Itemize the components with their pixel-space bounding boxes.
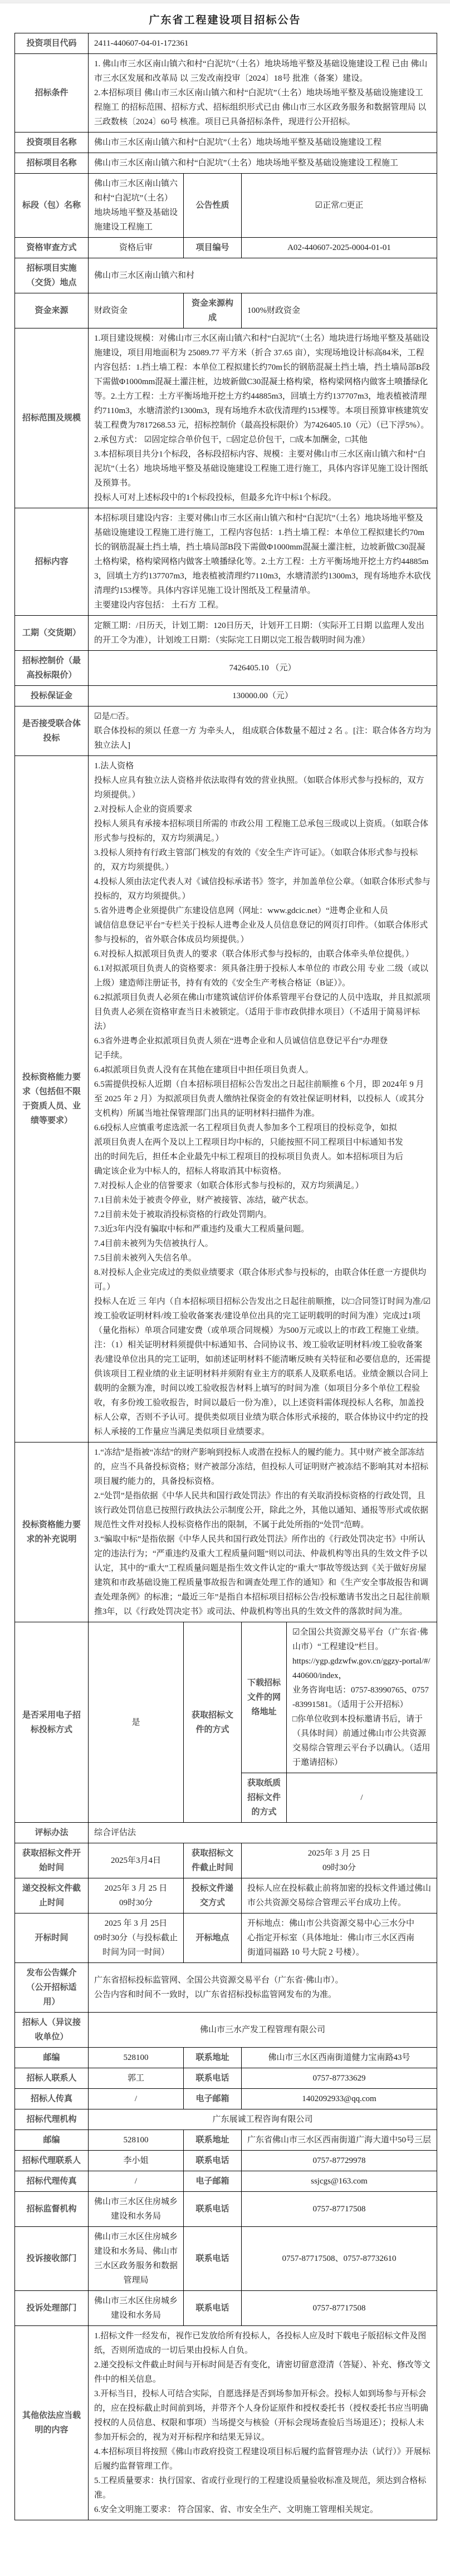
qualification-req-label: 投标资格能力要求（包括但不限于资质人员、业绩等要求） (15, 756, 89, 1442)
table-row-tenderer-post: 邮编 528100 联系地址 佛山市三水区西南街道健力宝南路43号 (15, 2048, 437, 2068)
qualification-req-value: 1.法人资格 投标人应具有独立法人资格并依法取得有效的营业执照。（如联合体形式参… (89, 756, 437, 1442)
table-row-control-price: 招标控制价（最高投标限价） 7426405.10 （元） (15, 651, 437, 686)
table-row-content: 招标内容 本招标项目建设内容：主要对佛山市三水区南山镇六和村“白泥坑”（土名）地… (15, 508, 437, 616)
duration-value: 定额工期：/日历天，计划工期：120日历天，计划开工日期：（实际开工日期 以监理… (89, 616, 437, 651)
agency-email-value: ssjcgs@163.com (242, 2171, 437, 2192)
table-row-investment-name: 投资项目名称 佛山市三水区南山镇六和村“白泥坑”（土名）地块场地平整及基础设施建… (15, 133, 437, 153)
agency-postcode-value: 528100 (89, 2130, 184, 2151)
tender-name-label: 招标项目名称 (15, 153, 89, 174)
qualification-notes-label: 投标资格能力要求的补充说明 (15, 1442, 89, 1622)
qualification-mode-value: 资格后审 (89, 238, 184, 258)
table-row-submission: 递交投标文件截止时间 2025年 3 月 25 日 09时30分 投标文件递交方… (15, 1878, 437, 1913)
table-row-complaint-receive: 投诉接收部门 佛山市三水区住房城乡建设和水务局、佛山市三水区政务服务和数据管理局… (15, 2227, 437, 2291)
complaint-handle-phone-label: 联系电话 (184, 2291, 242, 2326)
consortium-value: ☑是/□否。 联合体投标的须以 任意一方 为牵头人， 组成联合体数量不超过 2 … (89, 706, 437, 756)
doc-obtain-start-value: 2025年3月4日 (89, 1843, 184, 1878)
table-row-doc-obtain: 获取招标文件开始时间 2025年3月4日 获取招标文件截止时间 2025年 3 … (15, 1843, 437, 1878)
tenderer-address-label: 联系地址 (184, 2048, 242, 2068)
page-title: 广东省工程建设项目招标公告 (0, 12, 450, 27)
table-row-duration: 工期（交货期） 定额工期：/日历天，计划工期：120日历天，计划开工日期：（实际… (15, 616, 437, 651)
complaint-handle-label: 投诉处理部门 (15, 2291, 89, 2326)
table-row-agency-fax: 招标代理传真 / 电子邮箱 ssjcgs@163.com (15, 2171, 437, 2192)
complaint-receive-phone-label: 联系电话 (184, 2227, 242, 2291)
bid-conditions-label: 招标条件 (15, 54, 89, 133)
tenderer-value: 佛山市三水产发工程管理有限公司 (89, 2013, 437, 2048)
tenderer-postcode-label: 邮编 (15, 2048, 89, 2068)
table-row-qualification-req: 投标资格能力要求（包括但不限于资质人员、业绩等要求） 1.法人资格 投标人应具有… (15, 756, 437, 1442)
download-address-value: ☑全国公共资源交易平台（广东省·佛山市）“工程建设”栏目。 https://yg… (287, 1622, 437, 1773)
bid-conditions-value: 1. 佛山市三水区南山镇六和村“白泥坑”（土名）地块场地平整及基础设施建设工程 … (89, 54, 437, 133)
opening-place-label: 开标地点 (184, 1913, 242, 1963)
funding-composition-label: 资金来源构成 (184, 293, 242, 328)
agency-phone-label: 联系电话 (184, 2151, 242, 2171)
agency-contact-value: 李小姐 (89, 2151, 184, 2171)
opening-time-label: 开标时间 (15, 1913, 89, 1963)
media-label: 发布公告媒介（公开招标适用） (15, 1963, 89, 2013)
submission-method-value: 投标人应在投标截止前将加密的投标文件通过佛山市公共资源交易综合管理云平台成功上传… (242, 1878, 437, 1913)
table-row-funding: 资金来源 财政资金 资金来源构成 100%财政资金 (15, 293, 437, 328)
paper-doc-value: / (287, 1773, 437, 1823)
table-row-media: 发布公告媒介（公开招标适用） 广东省招标投标监管网、全国公共资源交易平台（广东省… (15, 1963, 437, 2013)
table-row-investment-code: 投资项目代码 2411-440607-04-01-172361 (15, 33, 437, 54)
table-row-tenderer: 招标人（异议接收单位） 佛山市三水产发工程管理有限公司 (15, 2013, 437, 2048)
funding-value: 财政资金 (89, 293, 184, 328)
supervision-value: 佛山市三水区住房城乡建设和水务局 (89, 2192, 184, 2227)
supervision-phone-label: 联系电话 (184, 2192, 242, 2227)
table-row-electronic: 是否采用电子招标投标方式 是 获取招标文件的方式 下载招标文件的网络地址 ☑全国… (15, 1622, 437, 1773)
complaint-receive-label: 投诉接收部门 (15, 2227, 89, 2291)
evaluation-value: 综合评估法 (89, 1823, 437, 1843)
scope-value: 1.项目建设规模：对佛山市三水区南山镇六和村“白泥坑”（土名）地块进行场地平整及… (89, 328, 437, 508)
table-row-qualification-notes: 投标资格能力要求的补充说明 1.“冻结”是指被“冻结”的财产影响到投标人或潜在投… (15, 1442, 437, 1622)
agency-fax-value: / (89, 2171, 184, 2192)
submission-method-label: 投标文件递交方式 (184, 1878, 242, 1913)
content-value: 本招标项目建设内容：主要对佛山市三水区南山镇六和村“白泥坑”（土名）地块场地平整… (89, 508, 437, 616)
table-row-evaluation: 评标办法 综合评估法 (15, 1823, 437, 1843)
tenderer-contact-value: 郭工 (89, 2068, 184, 2089)
doc-obtain-end-value: 2025年 3 月 25 日 09时30分 (242, 1843, 437, 1878)
agency-fax-label: 招标代理传真 (15, 2171, 89, 2192)
bid-bond-label: 投标保证金 (15, 686, 89, 706)
control-price-value: 7426405.10 （元） (89, 651, 437, 686)
table-row-tenderer-fax: 招标人传真 / 电子邮箱 1402092933@qq.com (15, 2089, 437, 2109)
table-row-qualification-mode: 资格审查方式 资格后审 项目编号 A02-440607-2025-0004-01… (15, 238, 437, 258)
table-row-opening: 开标时间 2025 年 3 月 25日 09时30分（与投标截止 时间为同一时间… (15, 1913, 437, 1963)
media-value: 广东省招标投标监管网、全国公共资源交易平台（广东省·佛山市）。 公告内容和时间不… (89, 1963, 437, 2013)
table-row-location: 招标项目实施（交货）地点 佛山市三水区南山镇六和村 (15, 258, 437, 293)
consortium-label: 是否接受联合体投标 (15, 706, 89, 756)
table-row-complaint-handle: 投诉处理部门 佛山市三水区住房城乡建设和水务局 联系电话 0757-877175… (15, 2291, 437, 2326)
duration-label: 工期（交货期） (15, 616, 89, 651)
location-label: 招标项目实施（交货）地点 (15, 258, 89, 293)
table-row-supervision: 招标监督机构 佛山市三水区住房城乡建设和水务局 联系电话 0757-877175… (15, 2192, 437, 2227)
table-row-consortium: 是否接受联合体投标 ☑是/□否。 联合体投标的须以 任意一方 为牵头人， 组成联… (15, 706, 437, 756)
agency-value: 广东展诚工程咨询有限公司 (89, 2109, 437, 2130)
submission-deadline-label: 递交投标文件截止时间 (15, 1878, 89, 1913)
investment-code-value: 2411-440607-04-01-172361 (89, 33, 437, 54)
tenderer-fax-value: / (89, 2089, 184, 2109)
complaint-receive-phone-value: 0757-87717508、0757-87732610 (242, 2227, 437, 2291)
funding-label: 资金来源 (15, 293, 89, 328)
electronic-value: 是 (89, 1622, 184, 1823)
electronic-label: 是否采用电子招标投标方式 (15, 1622, 89, 1823)
tenderer-contact-label: 招标人联系人 (15, 2068, 89, 2089)
scope-label: 招标范围及规模 (15, 328, 89, 508)
tenderer-phone-label: 联系电话 (184, 2068, 242, 2089)
other-label: 其他依法应当载明的内容 (15, 2326, 89, 2520)
table-row-section: 标段（包）名称 佛山市三水区南山镇六和村“白泥坑”（土名）地块场地平整及基础设施… (15, 174, 437, 238)
control-price-label: 招标控制价（最高投标限价） (15, 651, 89, 686)
table-row-tenderer-contact: 招标人联系人 郭工 联系电话 0757-87733629 (15, 2068, 437, 2089)
opening-place-value: 开标地点：佛山市公共资源交易中心三水分中 心指定开标室（具体地址：佛山市三水区西… (242, 1913, 437, 1963)
table-row-bid-conditions: 招标条件 1. 佛山市三水区南山镇六和村“白泥坑”（土名）地块场地平整及基础设施… (15, 54, 437, 133)
evaluation-label: 评标办法 (15, 1823, 89, 1843)
table-row-scope: 招标范围及规模 1.项目建设规模：对佛山市三水区南山镇六和村“白泥坑”（土名）地… (15, 328, 437, 508)
table-row-other: 其他依法应当载明的内容 1.招标文件一经发布，视作已发放给所有投标人，各投标人应… (15, 2326, 437, 2520)
agency-contact-label: 招标代理联系人 (15, 2151, 89, 2171)
table-row-bid-bond: 投标保证金 130000.00（元） (15, 686, 437, 706)
download-address-label: 下载招标文件的网络地址 (242, 1622, 287, 1773)
agency-phone-value: 0757-87729978 (242, 2151, 437, 2171)
agency-address-value: 广东省佛山市三水区西南街道广海大道中50号三层 (242, 2130, 437, 2151)
supervision-label: 招标监督机构 (15, 2192, 89, 2227)
bid-bond-value: 130000.00（元） (89, 686, 437, 706)
agency-label: 招标代理机构 (15, 2109, 89, 2130)
complaint-receive-value: 佛山市三水区住房城乡建设和水务局、佛山市三水区政务服务和数据管理局 (89, 2227, 184, 2291)
tenderer-fax-label: 招标人传真 (15, 2089, 89, 2109)
content-label: 招标内容 (15, 508, 89, 616)
page-top-strip (0, 0, 450, 3)
agency-email-label: 电子邮箱 (184, 2171, 242, 2192)
table-row-agency-post: 邮编 528100 联系地址 广东省佛山市三水区西南街道广海大道中50号三层 (15, 2130, 437, 2151)
project-number-value: A02-440607-2025-0004-01-01 (242, 238, 437, 258)
funding-composition-value: 100%财政资金 (242, 293, 437, 328)
table-row-agency: 招标代理机构 广东展诚工程咨询有限公司 (15, 2109, 437, 2130)
tenderer-phone-value: 0757-87733629 (242, 2068, 437, 2089)
table-row-agency-contact: 招标代理联系人 李小姐 联系电话 0757-87729978 (15, 2151, 437, 2171)
notice-nature-value: ☑正常/□更正 (242, 174, 437, 238)
agency-postcode-label: 邮编 (15, 2130, 89, 2151)
tender-name-value: 佛山市三水区南山镇六和村“白泥坑”（土名）地块场地平整及基础设施建设工程施工 (89, 153, 437, 174)
doc-obtain-start-label: 获取招标文件开始时间 (15, 1843, 89, 1878)
supervision-phone-value: 0757-87717508 (242, 2192, 437, 2227)
opening-time-value: 2025 年 3 月 25日 09时30分（与投标截止 时间为同一时间） (89, 1913, 184, 1963)
tenderer-email-value: 1402092933@qq.com (242, 2089, 437, 2109)
investment-name-value: 佛山市三水区南山镇六和村“白泥坑”（土名）地块场地平整及基础设施建设工程 (89, 133, 437, 153)
location-value: 佛山市三水区南山镇六和村 (89, 258, 437, 293)
doc-obtain-end-label: 获取招标文件截止时间 (184, 1843, 242, 1878)
section-value: 佛山市三水区南山镇六和村“白泥坑”（土名）地块场地平整及基础设施建设工程施工 (89, 174, 184, 238)
project-number-label: 项目编号 (184, 238, 242, 258)
complaint-handle-phone-value: 0757-87717508 (242, 2291, 437, 2326)
notice-nature-label: 公告性质 (184, 174, 242, 238)
investment-name-label: 投资项目名称 (15, 133, 89, 153)
investment-code-label: 投资项目代码 (15, 33, 89, 54)
table-row-tender-name: 招标项目名称 佛山市三水区南山镇六和村“白泥坑”（土名）地块场地平整及基础设施建… (15, 153, 437, 174)
qualification-notes-value: 1.“冻结”是指被“冻结”的财产影响到投标人或潜在投标人的履约能力。其中财产被全… (89, 1442, 437, 1622)
agency-address-label: 联系地址 (184, 2130, 242, 2151)
qualification-mode-label: 资格审查方式 (15, 238, 89, 258)
paper-doc-label: 获取纸质招标文件的方式 (242, 1773, 287, 1823)
complaint-handle-value: 佛山市三水区住房城乡建设和水务局 (89, 2291, 184, 2326)
tenderer-address-value: 佛山市三水区西南街道健力宝南路43号 (242, 2048, 437, 2068)
section-label: 标段（包）名称 (15, 174, 89, 238)
announcement-table: 投资项目代码 2411-440607-04-01-172361 招标条件 1. … (14, 33, 437, 2520)
tenderer-label: 招标人（异议接收单位） (15, 2013, 89, 2048)
tenderer-email-label: 电子邮箱 (184, 2089, 242, 2109)
doc-method-label: 获取招标文件的方式 (184, 1622, 242, 1823)
tenderer-postcode-value: 528100 (89, 2048, 184, 2068)
other-value: 1.招标文件一经发布，视作已发放给所有投标人，各投标人应及时下载电子版招标文件及… (89, 2326, 437, 2520)
submission-deadline-value: 2025年 3 月 25 日 09时30分 (89, 1878, 184, 1913)
